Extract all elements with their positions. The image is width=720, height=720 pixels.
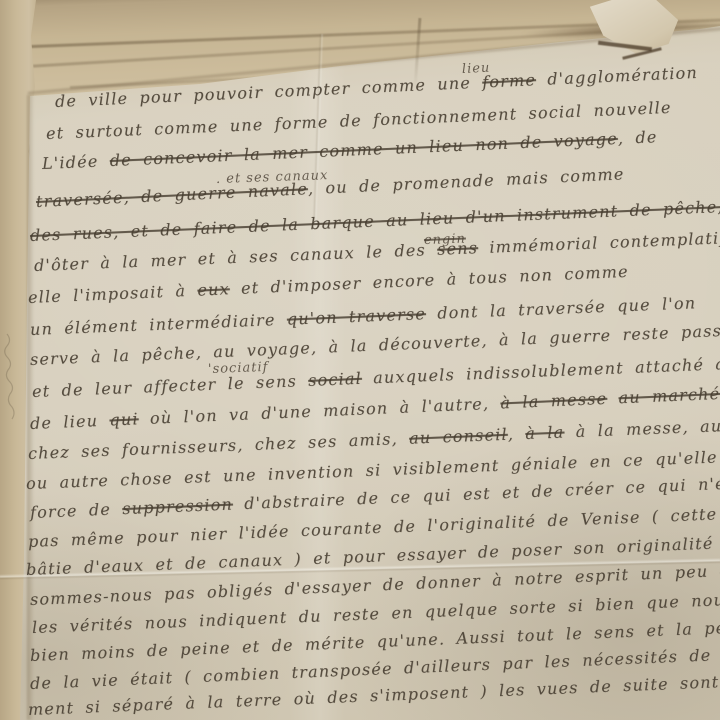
manuscript-photo: de ville pour pouvoir compter comme une …: [0, 0, 720, 720]
struck-out-text: au conseil: [409, 425, 508, 448]
struck-out-text: au marché: [618, 384, 720, 407]
handwritten-text: d'ôter à la mer et à ses canaux le des: [34, 240, 438, 275]
handwritten-text: L'idée: [42, 151, 111, 173]
handwritten-text: dont la traversée que l'on: [426, 293, 697, 323]
handwritten-text: un élément intermédiaire: [30, 310, 288, 339]
struck-out-text: qui: [109, 409, 139, 429]
handwritten-text: , de: [617, 127, 657, 148]
handwritten-text: de ville pour pouvoir compter comme une: [55, 73, 483, 111]
handwritten-text: et de leur affecter le sens: [32, 371, 309, 401]
handwriting-layer: de ville pour pouvoir compter comme une …: [0, 0, 720, 720]
handwritten-text: force de: [30, 499, 123, 522]
struck-out-text: social: [308, 369, 363, 390]
handwritten-text: auxquels indissolublement attaché aux ru…: [362, 351, 720, 388]
struck-out-text: à la: [525, 422, 565, 443]
handwritten-text: d'agglomération: [536, 63, 699, 89]
handwritten-text: où l'on va d'une maison à l'autre,: [138, 393, 501, 428]
handwritten-text: ,: [507, 424, 525, 444]
handwritten-text: [607, 388, 619, 407]
handwritten-text: elle l'imposait à: [28, 281, 198, 307]
handwritten-text: de lieu: [30, 411, 110, 433]
handwritten-text: et d'imposer encore à tous non comme: [229, 262, 629, 298]
handwritten-text: chez ses fournisseurs, chez ses amis,: [28, 429, 410, 463]
struck-out-text: eux: [197, 279, 230, 299]
struck-out-text: qu'on traverse: [286, 304, 426, 329]
handwritten-text: immémorial contemplatif: [478, 228, 720, 257]
interline-insertion: 'sociatif: [208, 360, 269, 377]
handwritten-text: à la messe, au conseil, en prison,: [564, 408, 720, 441]
interline-insertion: lieu: [462, 61, 491, 77]
struck-out-text: suppression: [122, 495, 233, 519]
handwritten-text: , ou de promenade mais comme: [307, 164, 624, 198]
interline-insertion: engin: [424, 232, 466, 248]
struck-out-text: à la messe: [500, 389, 608, 413]
